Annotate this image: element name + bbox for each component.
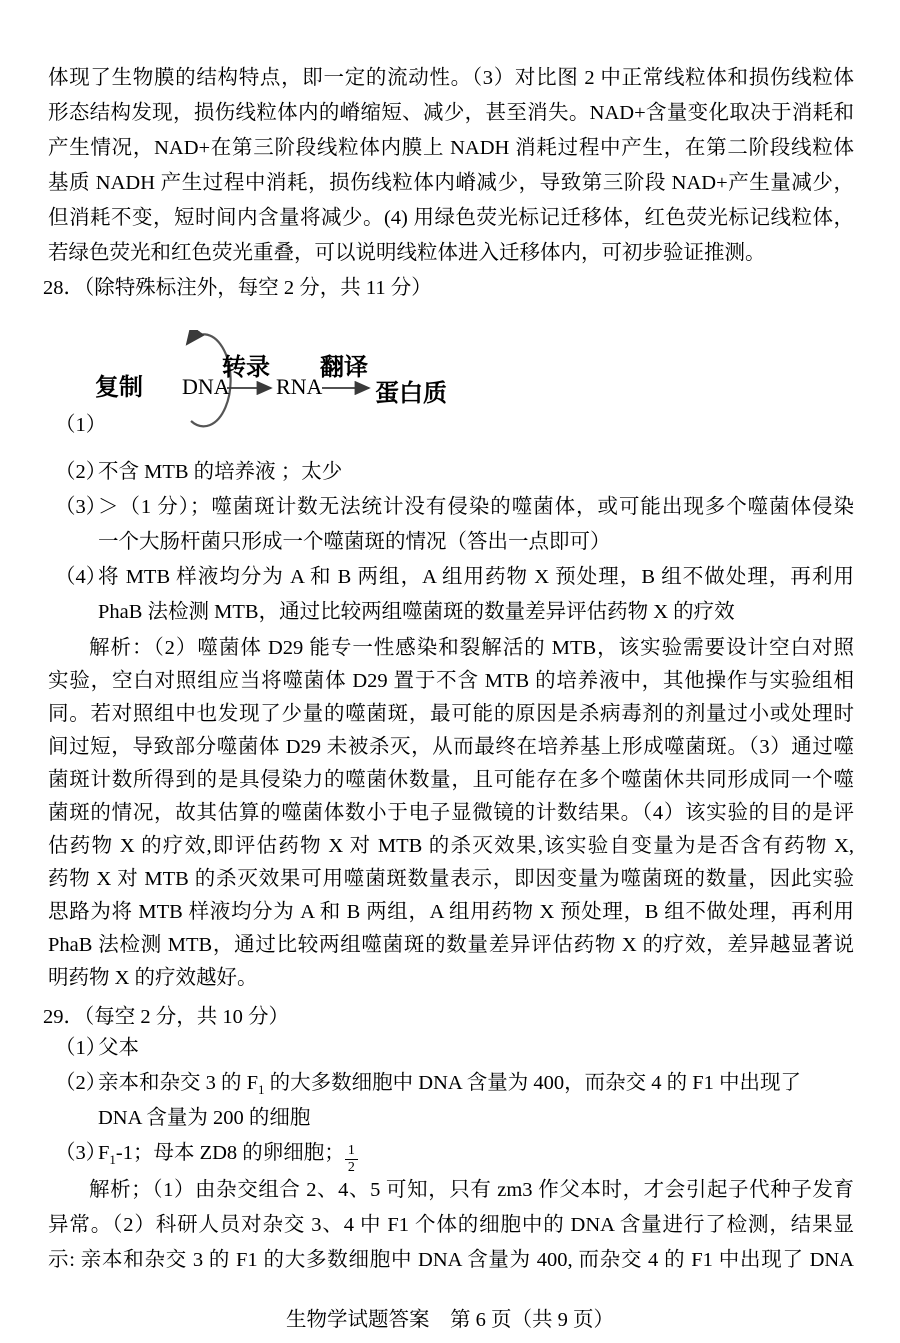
- answer-text: 父本: [98, 1031, 854, 1066]
- analysis-line: 异常。（2）科研人员对杂交 3、4 中 F1 个体的细胞中的 DNA 含量进行了…: [48, 1208, 854, 1243]
- answer-text: ＞（1 分）；噬菌斑计数无法统计没有侵染的噬菌体，或可能出现多个噬菌体侵染: [98, 490, 854, 525]
- text-line: 但消耗不变，短时间内含量将减少。(4) 用绿色荧光标记迁移体，红色荧光标记线粒体…: [48, 201, 854, 236]
- item-marker: （4）: [55, 560, 106, 595]
- analysis-line: 解析；（1）由杂交组合 2、4、5 可知，只有 zm3 作父本时，才会引起子代种…: [48, 1173, 854, 1208]
- text-segment: 亲本和杂交 3 的 F: [98, 1072, 258, 1094]
- replication-label: 复制: [95, 367, 143, 402]
- answer-item-4: （4） 将 MTB 样液均分为 A 和 B 两组，A 组用药物 X 预处理，B …: [55, 560, 854, 630]
- fraction-one-half: 12: [345, 1143, 358, 1176]
- intro-paragraph: 体现了生物膜的结构特点，即一定的流动性。（3）对比图 2 中正常线粒体和损伤线粒…: [48, 61, 854, 271]
- page-footer: 生物学试题答案 第 6 页（共 9 页）: [0, 1303, 900, 1338]
- answer-item-1: （1）: [55, 408, 854, 443]
- item-marker: （2）: [55, 455, 106, 490]
- transcription-label: 转录: [222, 347, 270, 382]
- answer-text: 亲本和杂交 3 的 F1 的大多数细胞中 DNA 含量为 400，而杂交 4 的…: [98, 1066, 854, 1101]
- fraction-numerator: 1: [345, 1143, 358, 1160]
- text-line: 若绿色荧光和红色荧光重叠，可以说明线粒体进入迁移体内，可初步验证推测。: [48, 236, 854, 271]
- answer-text: 不含 MTB 的培养液 ；太少: [98, 455, 854, 490]
- text-segment: 的大多数细胞中 DNA 含量为 400，而杂交 4 的 F1 中出现了: [265, 1072, 801, 1094]
- analysis-line: 菌斑的情况，故其估算的噬菌体数小于电子显微镜的计数结果。（4）该实验的目的是评: [48, 797, 854, 830]
- item-marker: （3）: [55, 490, 106, 525]
- analysis-line: 菌斑计数所得到的是具侵染力的噬菌休数量，且可能存在多个噬菌休共同形成同一个噬: [48, 764, 854, 797]
- text-line: 产生情况，NAD+在第三阶段线粒体内膜上 NADH 消耗过程中产生，在第二阶段线…: [48, 131, 854, 166]
- text-line: 形态结构发现，损伤线粒体内的嵴缩短、减少，甚至消失。NAD+含量变化取决于消耗和: [48, 96, 854, 131]
- analysis-line: 间过短，导致部分噬菌体 D29 未被杀灭，从而最终在培养基上形成噬菌斑。（3）通…: [48, 731, 854, 764]
- text-line: 基质 NADH 产生过程中消耗，损伤线粒体内嵴减少，导致第三阶段 NAD+产生量…: [48, 166, 854, 201]
- question-28-analysis: 解析：（2）噬菌体 D29 能专一性感染和裂解活的 MTB，该实验需要设计空白对…: [48, 632, 854, 995]
- item-marker: （1）: [55, 1031, 106, 1066]
- translation-label: 翻译: [320, 347, 368, 382]
- question-29-analysis: 解析；（1）由杂交组合 2、4、5 可知，只有 zm3 作父本时，才会引起子代种…: [48, 1173, 854, 1278]
- analysis-line: 明药物 X 的疗效越好。: [48, 962, 854, 995]
- question-28-header: 28．（除特殊标注外，每空 2 分，共 11 分）: [43, 271, 854, 306]
- analysis-line: 实验，空白对照组应当将噬菌体 D29 置于不含 MTB 的培养液中，其他操作与实…: [48, 665, 854, 698]
- question-28-answers: （1） （2） 不含 MTB 的培养液 ；太少 （3） ＞（1 分）；噬菌斑计数…: [55, 408, 854, 630]
- protein-label: 蛋白质: [375, 373, 447, 408]
- rna-label: RNA: [276, 374, 322, 400]
- analysis-line: 解析：（2）噬菌体 D29 能专一性感染和裂解活的 MTB，该实验需要设计空白对…: [48, 632, 854, 665]
- text-segment: -1；母本 ZD8 的卵细胞；: [116, 1142, 345, 1164]
- item-marker: （1）: [55, 408, 106, 443]
- answer-item-1: （1） 父本: [55, 1031, 854, 1066]
- answer-blank: [98, 408, 854, 443]
- answer-text: 一个大肠杆菌只形成一个噬菌斑的情况（答出一点即可）: [98, 525, 854, 560]
- answer-text: F1-1；母本 ZD8 的卵细胞；12: [98, 1136, 854, 1176]
- text-line: 体现了生物膜的结构特点，即一定的流动性。（3）对比图 2 中正常线粒体和损伤线粒…: [48, 61, 854, 96]
- answer-item-2: （2） 不含 MTB 的培养液 ；太少: [55, 455, 854, 490]
- answer-text: 将 MTB 样液均分为 A 和 B 两组，A 组用药物 X 预处理，B 组不做处…: [98, 560, 854, 595]
- analysis-line: 药物 X 对 MTB 的杀灭效果可用噬菌斑数量表示，即因变量为噬菌斑的数量，因此…: [48, 863, 854, 896]
- item-marker: （3）: [55, 1136, 106, 1171]
- analysis-line: 估药物 X 的疗效,即评估药物 X 对 MTB 的杀灭效果,该实验自变量为是否含…: [48, 830, 854, 863]
- analysis-line: PhaB 法检测 MTB，通过比较两组噬菌斑的数量差异评估药物 X 的疗效，差异…: [48, 929, 854, 962]
- analysis-line: 思路为将 MTB 样液均分为 A 和 B 两组，A 组用药物 X 预处理，B 组…: [48, 896, 854, 929]
- item-marker: （2）: [55, 1066, 106, 1101]
- answer-item-3: （3） F1-1；母本 ZD8 的卵细胞；12: [55, 1136, 854, 1176]
- answer-text: PhaB 法检测 MTB，通过比较两组噬菌斑的数量差异评估药物 X 的疗效: [98, 595, 854, 630]
- answer-item-2: （2） 亲本和杂交 3 的 F1 的大多数细胞中 DNA 含量为 400，而杂交…: [55, 1066, 854, 1136]
- exam-answer-page: 体现了生物膜的结构特点，即一定的流动性。（3）对比图 2 中正常线粒体和损伤线粒…: [0, 0, 900, 1343]
- question-29-answers: （1） 父本 （2） 亲本和杂交 3 的 F1 的大多数细胞中 DNA 含量为 …: [55, 1031, 854, 1176]
- answer-text: DNA 含量为 200 的细胞: [98, 1101, 854, 1136]
- answer-item-3: （3） ＞（1 分）；噬菌斑计数无法统计没有侵染的噬菌体，或可能出现多个噬菌体侵…: [55, 490, 854, 560]
- analysis-line: 同。若对照组中也发现了少量的噬菌斑，最可能的原因是杀病毒剂的剂量过小或处理时: [48, 698, 854, 731]
- question-29-header: 29．（每空 2 分，共 10 分）: [43, 1000, 854, 1035]
- analysis-line: 示: 亲本和杂交 3 的 F1 的大多数细胞中 DNA 含量为 400, 而杂交…: [48, 1243, 854, 1278]
